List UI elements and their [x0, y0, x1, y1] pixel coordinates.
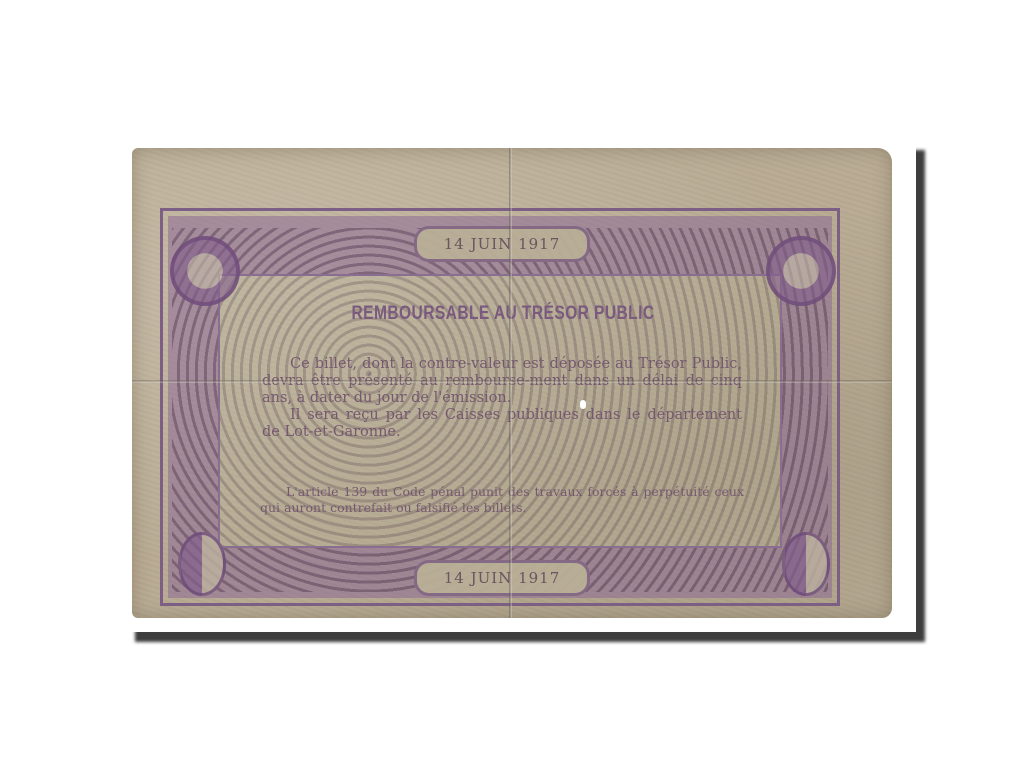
bottom-right-numeral-one-icon	[782, 532, 830, 596]
note-body: Ce billet, dont la contre-valeur est dép…	[262, 356, 742, 441]
acceptance-paragraph: Il sera reçu par les Caisses publiques d…	[262, 407, 742, 441]
counterfeit-warning: L'article 139 du Code pénal punit des tr…	[260, 484, 744, 516]
date-cartouche-top: 14 JUIN 1917	[414, 226, 590, 262]
note-title: REMBOURSABLE AU TRÉSOR PUBLIC	[343, 303, 663, 325]
top-right-rosette-icon	[766, 236, 836, 306]
top-left-rosette-icon	[170, 236, 240, 306]
horizontal-fold	[132, 380, 892, 383]
vertical-fold	[509, 148, 512, 618]
date-cartouche-bottom: 14 JUIN 1917	[414, 560, 590, 596]
paper-hole	[580, 400, 586, 409]
bottom-left-numeral-one-icon	[178, 532, 226, 596]
date-top: 14 JUIN 1917	[444, 235, 561, 253]
date-bottom: 14 JUIN 1917	[444, 569, 561, 587]
banknote: 14 JUIN 1917 14 JUIN 1917 REMBOURSABLE A…	[132, 148, 892, 618]
